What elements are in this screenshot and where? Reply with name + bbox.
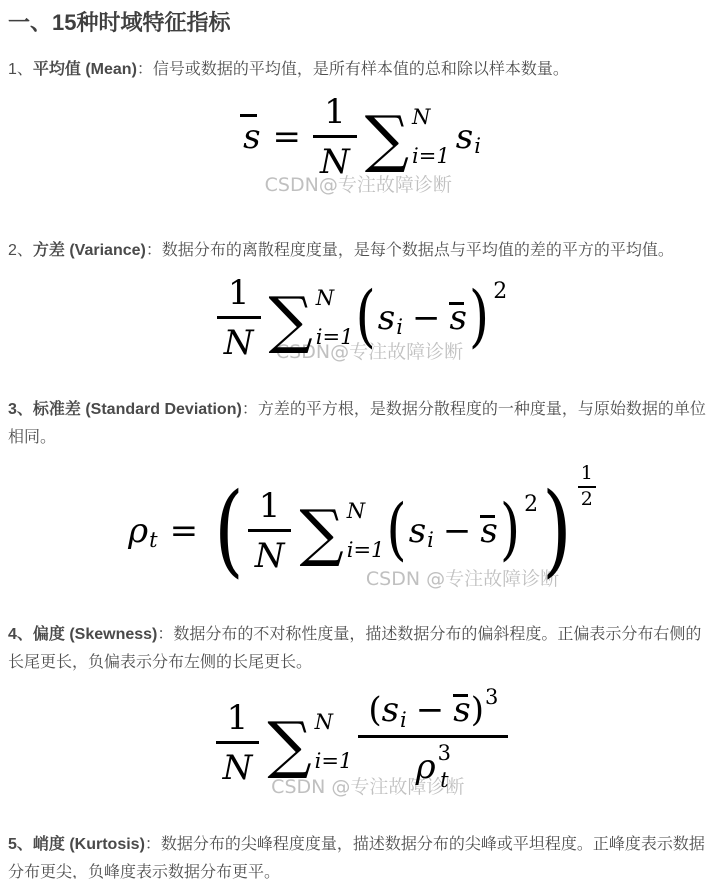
formula-variance-block: 1N ∑ Ni=1 ( s i − s ) 2 CSDN@专注故障诊断 (8, 275, 716, 368)
close-paren: ) (471, 693, 484, 727)
minus-sign: − (412, 301, 441, 335)
exponent-one-half: 12 (578, 463, 596, 511)
term-s-bar: s (449, 301, 466, 335)
formula-std-block: ρ t = ( 1N ∑ Ni=1 ( s i − s ) 2 ) 12 CSD… (8, 460, 716, 593)
numerator-exponent: 3 (485, 687, 498, 708)
sum-limits: Ni=1 (412, 106, 450, 168)
rho-symbol: ρ (128, 514, 148, 548)
item-term: 平均值 (Mean) (33, 61, 137, 78)
item-term: 3、标准差 (Standard Deviation) (8, 401, 242, 418)
item-number: 2、 (8, 242, 33, 259)
sum-limits: Ni=1 (347, 500, 385, 562)
term-subscript: i (400, 710, 407, 731)
item-term: 4、偏度 (Skewness) (8, 626, 157, 643)
item-kurtosis-text: 5、峭度 (Kurtosis)：数据分布的尖峰程度度量，描述数据分布的尖峰或平坦… (8, 831, 716, 879)
close-paren-big: ) (542, 494, 572, 566)
denominator-exponent: 3 (438, 743, 451, 764)
item-variance-text: 2、方差 (Variance)：数据分布的离散程度度量，是每个数据点与平均值的差… (8, 237, 716, 265)
fraction-1-over-N: 1N (217, 275, 261, 360)
item-description: ：数据分布的离散程度度量，是每个数据点与平均值的差的平方的平均值。 (146, 242, 674, 259)
equals-sign: = (273, 120, 302, 154)
mean-lhs: s (243, 120, 260, 154)
minus-sign: − (443, 514, 472, 548)
item-description: ：信号或数据的平均值，是所有样本值的总和除以样本数量。 (137, 61, 569, 78)
term-subscript: i (474, 136, 481, 157)
formula-std: ρ t = ( 1N ∑ Ni=1 ( s i − s ) 2 ) 12 (8, 488, 716, 573)
page-title: 一、15种时域特征指标 (8, 8, 716, 38)
term-s: s (382, 693, 399, 727)
exponent: 2 (493, 281, 507, 303)
item-mean-text: 1、平均值 (Mean)：信号或数据的平均值，是所有样本值的总和除以样本数量。 (8, 56, 716, 84)
item-number: 1、 (8, 61, 33, 78)
sum-limits: Ni=1 (316, 287, 354, 349)
formula-mean: s = 1N ∑ Ni=1 s i (8, 94, 716, 179)
fraction-1-over-N: 1N (248, 488, 292, 573)
sigma-symbol: ∑ (365, 113, 409, 166)
equals-sign: = (170, 514, 199, 548)
sigma-symbol: ∑ (267, 719, 311, 772)
ratio-numerator: (si−s)3 (358, 693, 508, 738)
rho-symbol: ρ (416, 750, 436, 784)
rho-subscript: t (149, 530, 157, 551)
term-s: s (378, 301, 395, 335)
close-paren: ) (500, 503, 520, 557)
term-s-bar: s (480, 514, 497, 548)
open-paren: ( (368, 693, 381, 727)
formula-variance: 1N ∑ Ni=1 ( s i − s ) 2 (8, 275, 716, 360)
sum-limits: Ni=1 (315, 711, 353, 773)
inner-exponent: 2 (524, 494, 538, 516)
sigma-symbol: ∑ (269, 294, 313, 347)
term-s: s (456, 120, 473, 154)
item-std-text: 3、标准差 (Standard Deviation)：方差的平方根，是数据分散程… (8, 396, 716, 452)
term-subscript: i (396, 317, 403, 338)
ratio-denominator: ρ3t (358, 738, 508, 791)
rho-scripts: 3t (438, 743, 451, 791)
formula-mean-block: s = 1N ∑ Ni=1 s i CSDN@专注故障诊断 (8, 94, 716, 197)
open-paren: ( (386, 503, 406, 557)
term-subscript: i (427, 530, 434, 551)
open-paren-big: ( (214, 494, 244, 566)
formula-skewness-block: 1N ∑ Ni=1 (si−s)3 ρ3t CSDN @专注故障诊断 (8, 693, 716, 805)
article-body: 一、15种时域特征指标 1、平均值 (Mean)：信号或数据的平均值，是所有样本… (0, 0, 726, 879)
rho-subscript: t (438, 770, 451, 791)
close-paren: ) (469, 290, 489, 344)
item-skewness-text: 4、偏度 (Skewness)：数据分布的不对称性度量，描述数据分布的偏斜程度。… (8, 621, 716, 677)
open-paren: ( (355, 290, 375, 344)
term-s: s (409, 514, 426, 548)
fraction-1-over-N: 1N (313, 94, 357, 179)
sigma-symbol: ∑ (299, 507, 343, 560)
formula-skewness: 1N ∑ Ni=1 (si−s)3 ρ3t (8, 693, 716, 791)
ratio-fraction: (si−s)3 ρ3t (358, 693, 508, 791)
term-s-bar: s (453, 693, 470, 727)
item-term: 方差 (Variance) (33, 242, 146, 259)
item-term: 5、峭度 (Kurtosis) (8, 836, 145, 853)
minus-sign: − (416, 693, 445, 727)
fraction-1-over-N: 1N (216, 700, 260, 785)
